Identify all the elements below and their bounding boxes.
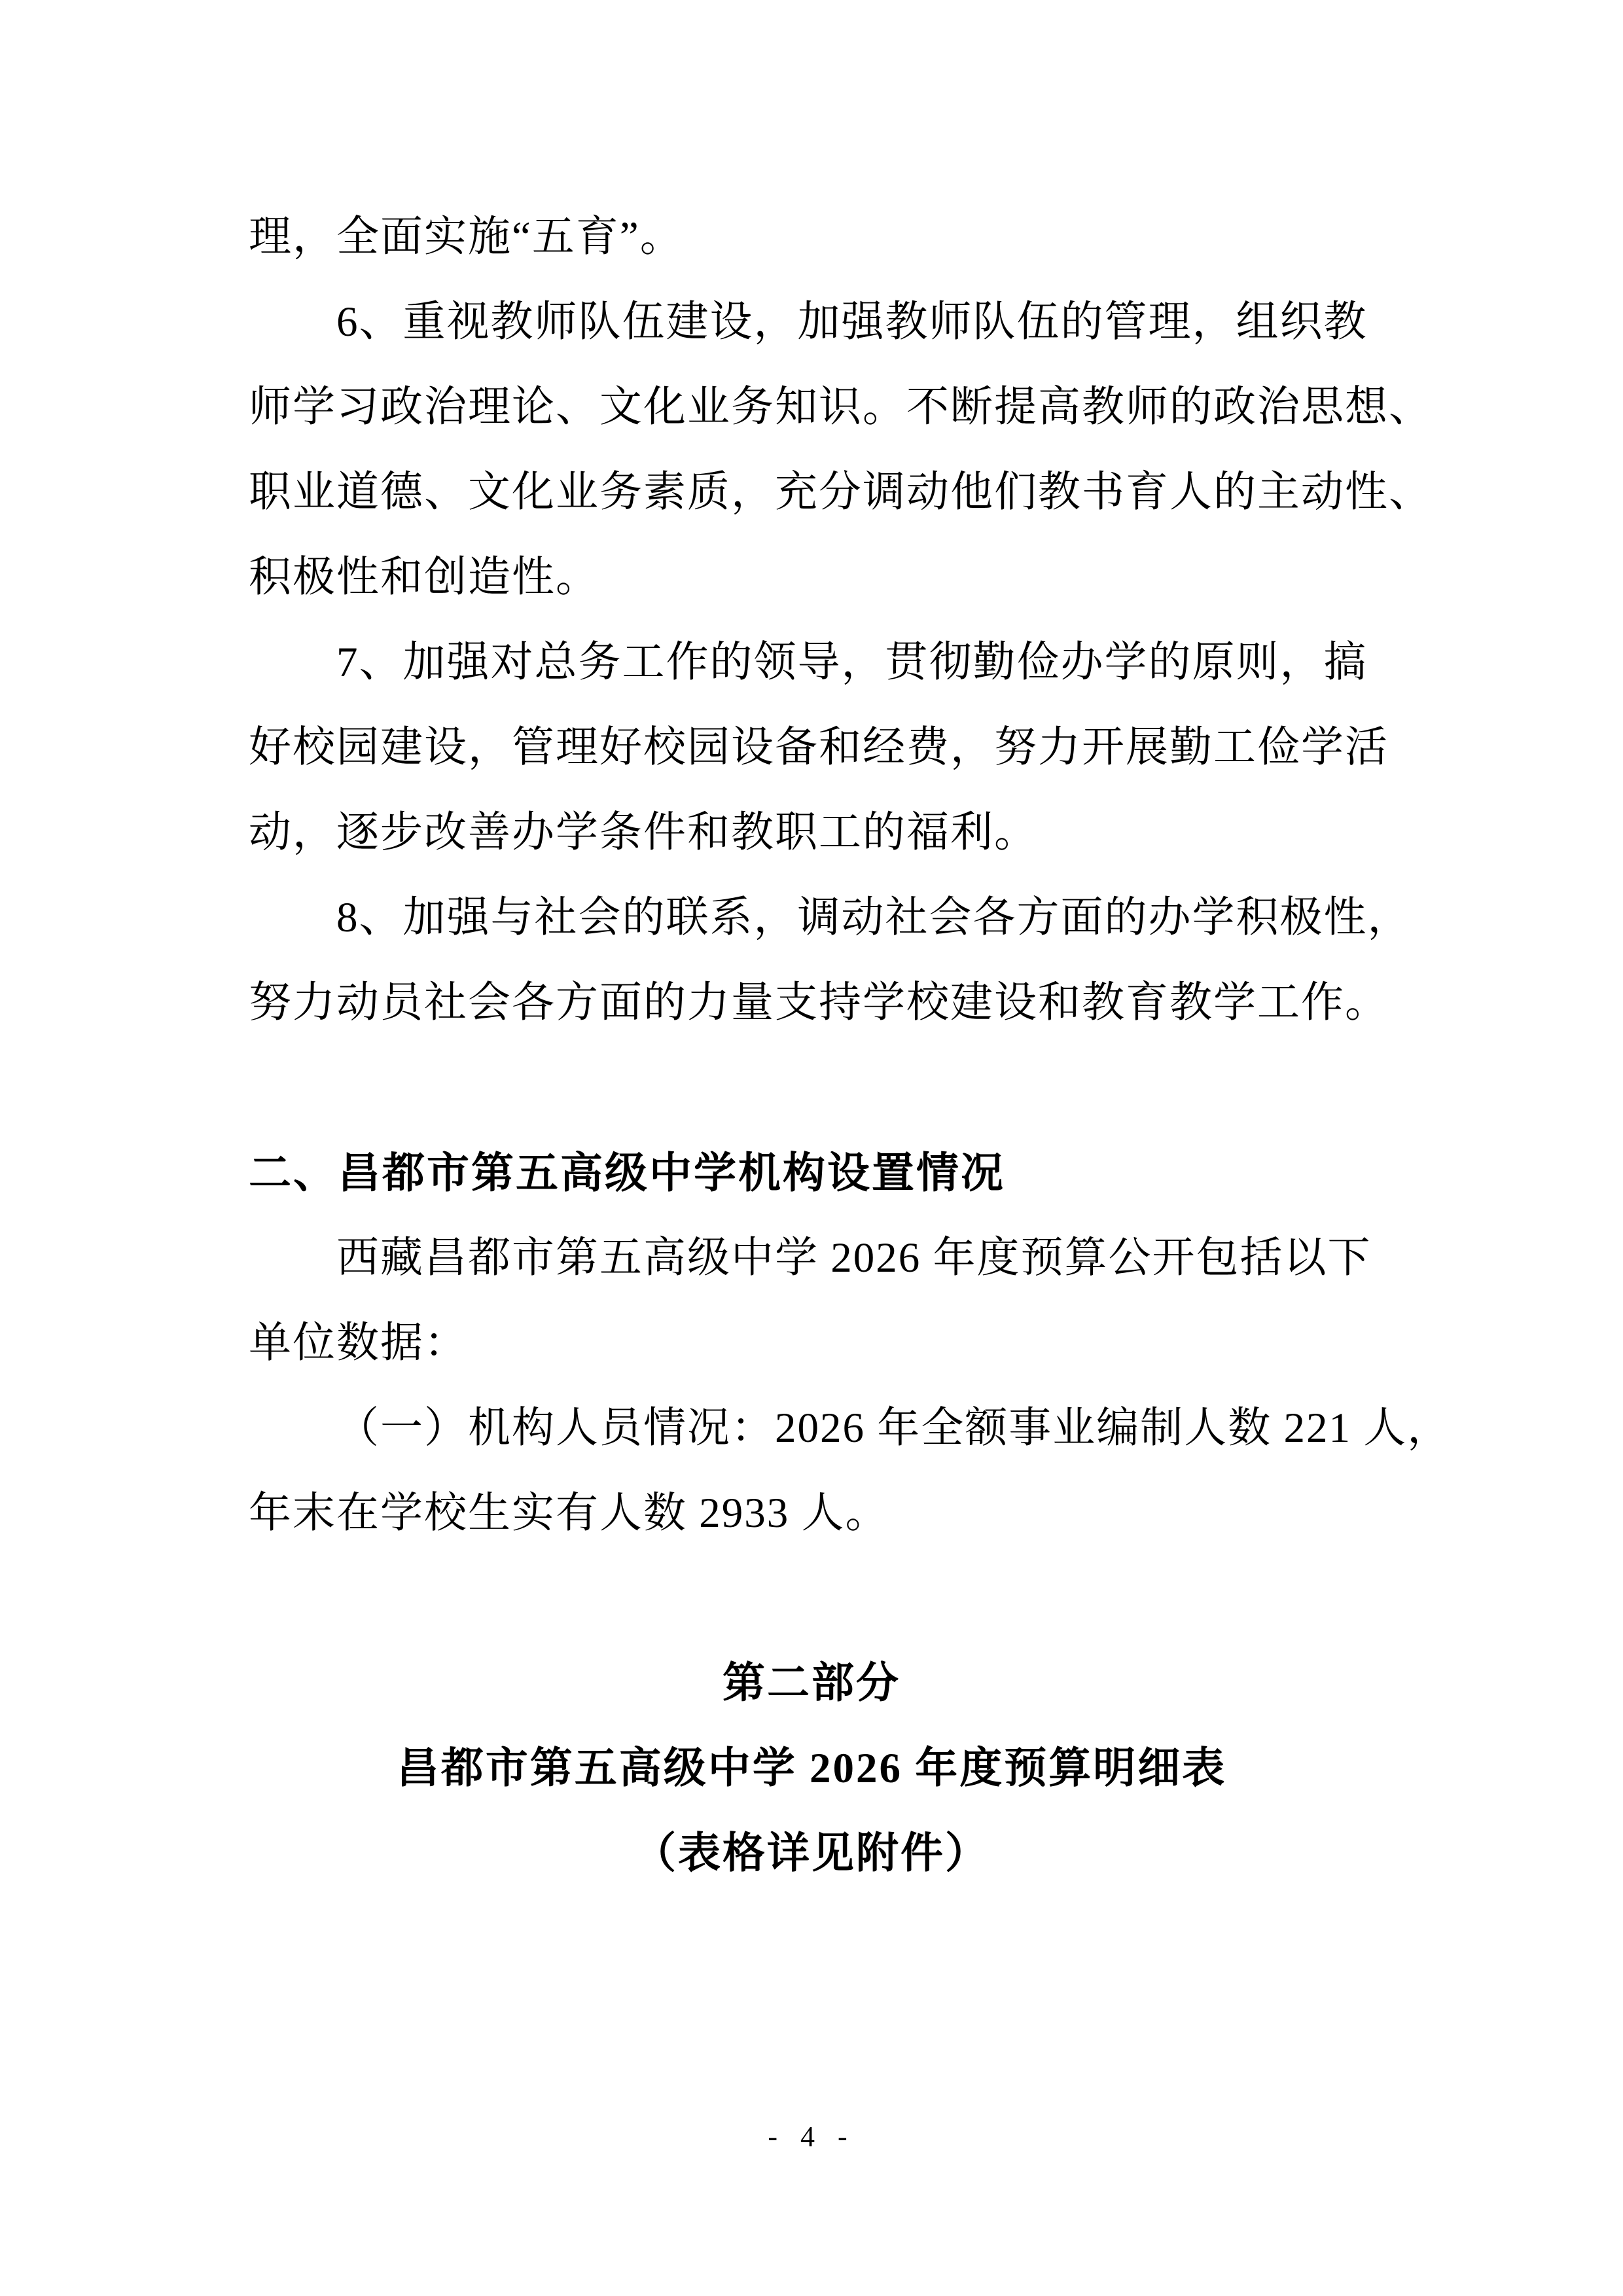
body-text-line: 西藏昌都市第五高级中学 2026 年度预算公开包括以下: [249, 1215, 1374, 1300]
body-text-line: 好校园建设，管理好校园设备和经费，努力开展勤工俭学活: [249, 705, 1374, 790]
body-text-line: 理，全面实施“五育”。: [249, 194, 1374, 279]
blank-line: [249, 1556, 1374, 1641]
document-body: 理，全面实施“五育”。 6、重视教师队伍建设，加强教师队伍的管理，组织教 师学习…: [249, 194, 1374, 1896]
body-text-line: 8、加强与社会的联系，调动社会各方面的办学积极性，: [249, 875, 1374, 960]
body-text-line: 努力动员社会各方面的力量支持学校建设和教育教学工作。: [249, 960, 1374, 1045]
body-text-line: 7、加强对总务工作的领导，贯彻勤俭办学的原则，搞: [249, 620, 1374, 705]
body-text-line: 动，逐步改善办学条件和教职工的福利。: [249, 790, 1374, 875]
section-2-heading: 二、昌都市第五高级中学机构设置情况: [249, 1130, 1374, 1215]
body-text-line: 单位数据：: [249, 1300, 1374, 1386]
body-text-line: （一）机构人员情况：2026 年全额事业编制人数 221 人，: [249, 1386, 1374, 1471]
blank-line: [249, 1045, 1374, 1130]
body-text-line: 6、重视教师队伍建设，加强教师队伍的管理，组织教: [249, 279, 1374, 365]
body-text-line: 年末在学校生实有人数 2933 人。: [249, 1471, 1374, 1556]
page-number: - 4 -: [0, 2117, 1623, 2157]
body-text-line: 师学习政治理论、文化业务知识。不断提高教师的政治思想、: [249, 365, 1374, 450]
document-page: 理，全面实施“五育”。 6、重视教师队伍建设，加强教师队伍的管理，组织教 师学习…: [0, 0, 1623, 2296]
body-text-line: 职业道德、文化业务素质，充分调动他们教书育人的主动性、: [249, 450, 1374, 535]
part-2-subtitle: 昌都市第五高级中学 2026 年度预算明细表: [249, 1726, 1374, 1811]
body-text-line: 积极性和创造性。: [249, 535, 1374, 620]
part-2-title: 第二部分: [249, 1641, 1374, 1726]
part-2-attachment-note: （表格详见附件）: [249, 1811, 1374, 1896]
